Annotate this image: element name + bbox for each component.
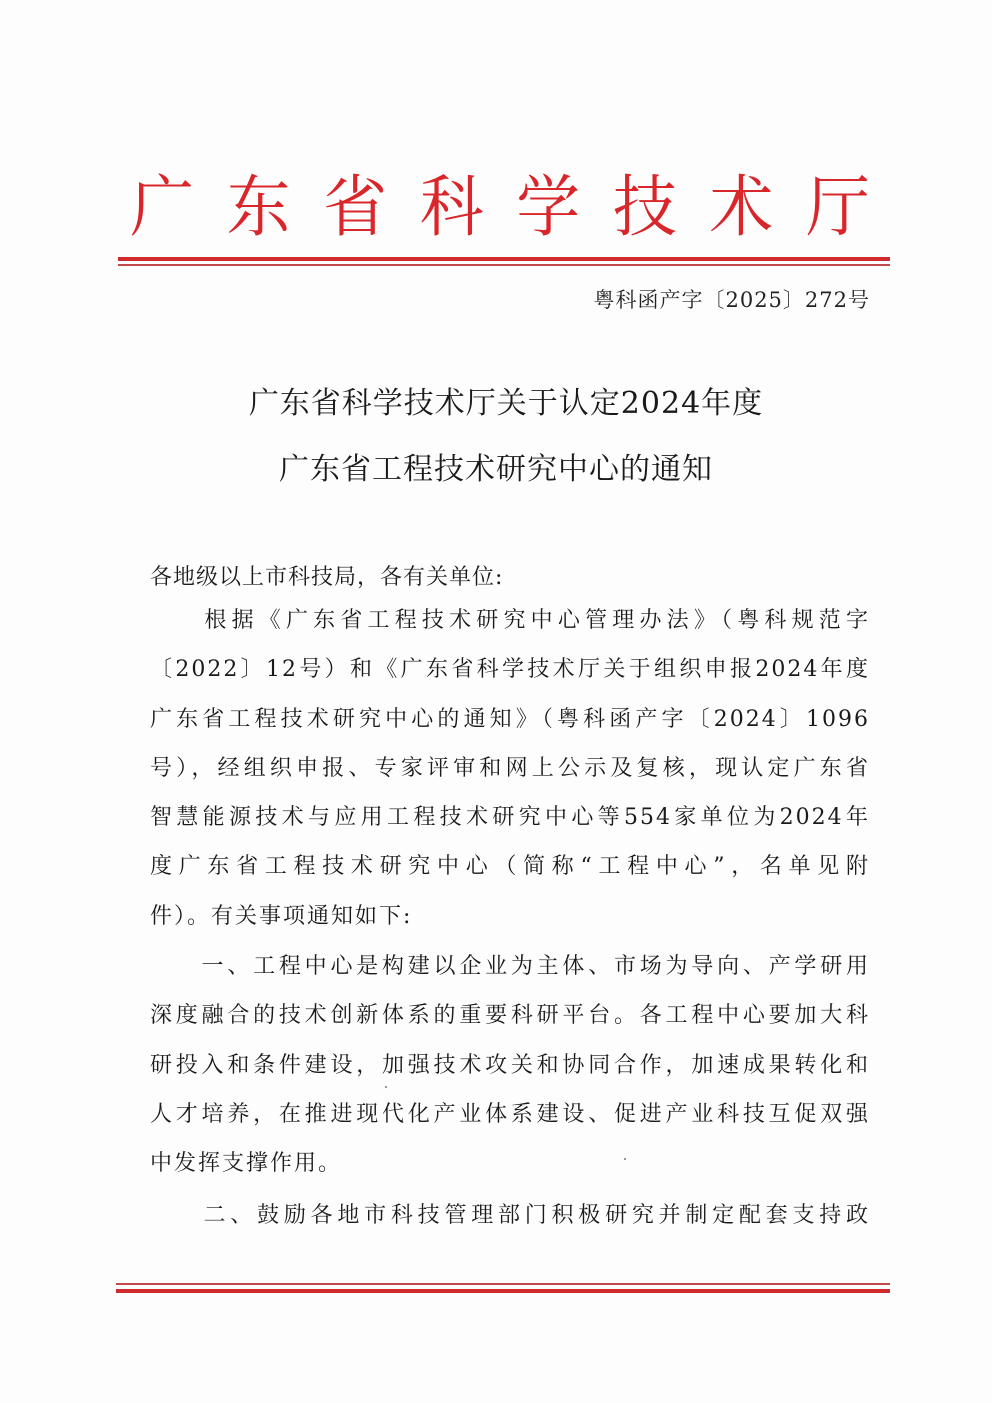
text-line: 人才培养，在推进现代化产业体系建设、促进产业科技互促双强	[150, 1090, 870, 1139]
paragraph-intro: 根据《广东省工程技术研究中心管理办法》（粤科规范字 〔2022〕12号）和《广东…	[150, 596, 870, 941]
text-line: 度广东省工程技术研究中心（简称“工程中心”，名单见附	[150, 842, 870, 891]
text-line: 广东省工程技术研究中心的通知》（粤科函产字〔2024〕1096	[150, 695, 870, 744]
footer-rule-thick	[116, 1289, 890, 1293]
scan-speck	[624, 1158, 626, 1160]
masthead-char: 省	[323, 174, 387, 241]
document-title-line-1: 广东省科学技术厅关于认定2024年度	[10, 378, 992, 422]
header-rule-thick	[118, 257, 890, 261]
salutation: 各地级以上市科技局，各有关单位:	[150, 560, 503, 591]
text-line: 件）。有关事项通知如下:	[150, 892, 870, 941]
text-line: 一、工程中心是构建以企业为主体、市场为导向、产学研用	[150, 942, 870, 991]
document-number: 粤科函产字〔2025〕272号	[593, 284, 870, 314]
text-line: 深度融合的技术创新体系的重要科研平台。各工程中心要加大科	[150, 991, 870, 1040]
masthead-char: 广	[130, 174, 194, 241]
paragraph-item-2: 二、鼓励各地市科技管理部门积极研究并制定配套支持政	[150, 1191, 870, 1240]
document-page: 广 东 省 科 学 技 术 厅 粤科函产字〔2025〕272号 广东省科学技术厅…	[0, 0, 992, 1403]
document-title-line-2: 广东省工程技术研究中心的通知	[0, 444, 992, 488]
text-line: 根据《广东省工程技术研究中心管理办法》（粤科规范字	[150, 596, 870, 645]
text-line: 研投入和条件建设，加强技术攻关和协同合作，加速成果转化和	[150, 1041, 870, 1090]
masthead: 广 东 省 科 学 技 术 厅	[130, 168, 870, 248]
masthead-char: 东	[227, 174, 291, 241]
masthead-char: 术	[709, 174, 773, 241]
scan-speck	[385, 1086, 387, 1088]
paragraph-item-1: 一、工程中心是构建以企业为主体、市场为导向、产学研用 深度融合的技术创新体系的重…	[150, 942, 870, 1188]
text-line: 二、鼓励各地市科技管理部门积极研究并制定配套支持政	[150, 1191, 870, 1240]
masthead-char: 学	[516, 174, 580, 241]
footer-rule-thin	[116, 1283, 890, 1285]
text-line: 中发挥支撑作用。	[150, 1139, 870, 1188]
text-line: 智慧能源技术与应用工程技术研究中心等554家单位为2024年	[150, 793, 870, 842]
masthead-char: 厅	[806, 174, 870, 241]
masthead-char: 科	[420, 174, 484, 241]
masthead-char: 技	[613, 174, 677, 241]
text-line: 号），经组织申报、专家评审和网上公示及复核，现认定广东省	[150, 744, 870, 793]
text-line: 〔2022〕12号）和《广东省科学技术厅关于组织申报2024年度	[150, 645, 870, 694]
header-rule-thin	[118, 264, 890, 266]
